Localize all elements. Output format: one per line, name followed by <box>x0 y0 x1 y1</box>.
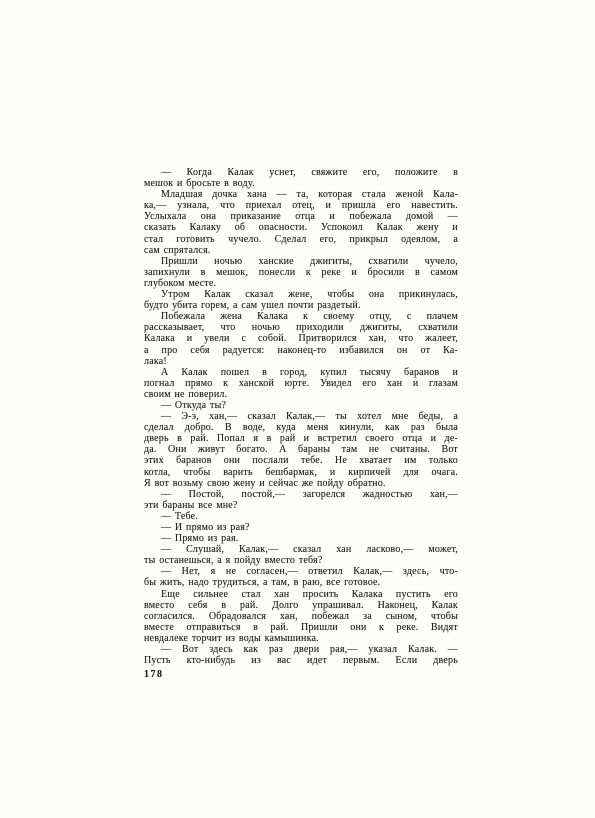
text-line: Калака и увели с собой. Притворился хан,… <box>144 333 458 344</box>
text-line: глубоком месте. <box>144 278 458 289</box>
text-line: Я вот возьму свою жену и сейчас же пойду… <box>144 478 458 489</box>
text-line: будто убита горем, а сам ушел почти разд… <box>144 300 458 311</box>
text-line: — Вот здесь как раз двери рая,— указал К… <box>144 644 458 655</box>
text-line: Услыхала она приказание отца и побежала … <box>144 211 458 222</box>
text-line: Утром Калак сказал жене, чтобы она прики… <box>144 289 458 300</box>
text-line: — Нет, я не согласен,— ответил Калак,— з… <box>144 566 458 577</box>
text-line: — Слушай, Калак,— сказал хан ласково,— м… <box>144 544 458 555</box>
text-line: А Калак пошел в город, купил тысячу бара… <box>144 367 458 378</box>
text-line: — И прямо из рая? <box>144 522 458 533</box>
text-line: эти бараны все мне? <box>144 500 458 511</box>
text-line: вместо себя в рай. Долго упрашивал. Нако… <box>144 600 458 611</box>
text-line: — Э-э, хан,— сказал Калак,— ты хотел мне… <box>144 411 458 422</box>
text-line: ка,— узнала, что приехал отец, и пришла … <box>144 200 458 211</box>
text-line: погнал прямо к ханской юрте. Увидел его … <box>144 378 458 389</box>
text-line: лака! <box>144 356 458 367</box>
text-line: согласился. Обрадовался хан, побежал за … <box>144 611 458 622</box>
scanned-book-page: — Когда Калак уснет, свяжите его, положи… <box>0 0 595 818</box>
text-line: своим не поверил. <box>144 389 458 400</box>
text-line: бы жить, надо трудиться, а там, в раю, в… <box>144 577 458 588</box>
text-line: — Когда Калак уснет, свяжите его, положи… <box>144 167 458 178</box>
text-line: — Откуда ты? <box>144 400 458 411</box>
text-line: стал готовить чучело. Сделал его, прикры… <box>144 234 458 245</box>
text-line: — Прямо из рая. <box>144 533 458 544</box>
text-line: запихнули в мешок, понесли к реке и брос… <box>144 267 458 278</box>
text-line: Еще сильнее стал хан просить Калака пуст… <box>144 589 458 600</box>
text-block: — Когда Калак уснет, свяжите его, положи… <box>144 167 458 666</box>
text-line: сделал добро. В воде, куда меня кинули, … <box>144 422 458 433</box>
text-line: Младшая дочка хана — та, которая стала ж… <box>144 189 458 200</box>
text-line: Побежала жена Калака к своему отцу, с пл… <box>144 311 458 322</box>
text-line: сказать Калаку об опасности. Успокоил Ка… <box>144 222 458 233</box>
text-line: сам спрятался. <box>144 245 458 256</box>
text-line: рассказывает, что ночью приходили джигит… <box>144 322 458 333</box>
text-line: котла, чтобы варить бешбармак, и кирпиче… <box>144 467 458 478</box>
text-line: — Тебе. <box>144 511 458 522</box>
text-line: Пусть кто-нибудь из вас идет первым. Есл… <box>144 655 458 666</box>
text-line: Пришли ночью ханские джигиты, схватили ч… <box>144 256 458 267</box>
text-line: а про себя радуется: наконец-то избавилс… <box>144 345 458 356</box>
text-line: дверь в рай. Попал я в рай и встретил св… <box>144 433 458 444</box>
text-line: вместе отправиться в рай. Пришли они к р… <box>144 622 458 633</box>
text-line: — Постой, постой,— загорелся жадностью х… <box>144 489 458 500</box>
page-number: 178 <box>144 669 164 680</box>
text-line: да. Они живут богато. А бараны там не сч… <box>144 444 458 455</box>
text-line: невдалеке торчит из воды камышинка. <box>144 633 458 644</box>
text-line: этих баранов они послали тебе. Не хватае… <box>144 455 458 466</box>
text-line: ты останешься, а я пойду вместо тебя? <box>144 555 458 566</box>
text-line: мешок и бросьте в воду. <box>144 178 458 189</box>
